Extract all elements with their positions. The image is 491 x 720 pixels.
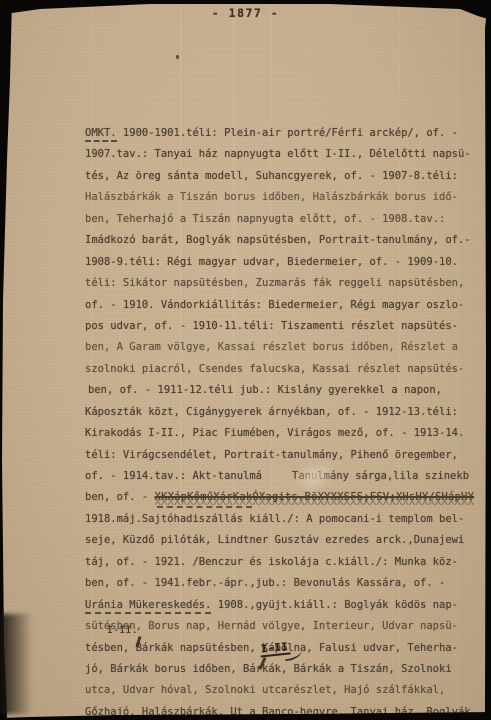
scanned-document-page: - 1877 - OMKT. 1900-1901.téli: Plein-air…: [0, 0, 491, 720]
text-line: ben, Teherhajó a Tiszán napnyugta előtt,…: [85, 209, 481, 230]
underlined-text: OMKT.: [85, 127, 117, 142]
text-line: ben, of. - 1941.febr.-ápr.,jub.: Bevonul…: [85, 573, 481, 594]
text-segment: téli: Sikátor napsütésben, Zuzmarás fák …: [85, 277, 464, 289]
text-line: táj, of. - 1921. /Benczur és iskolája c.…: [85, 552, 481, 573]
text-segment: szolnoki piacról, Csendes falucska, Kass…: [85, 363, 464, 375]
text-segment: téli: Virágcsendélet, Portrait-tanulmány…: [85, 449, 458, 461]
text-segment: seje, Küzdő pilóták, Lindtner Gusztáv ez…: [85, 534, 464, 546]
text-line: téli: Virágcsendélet, Portrait-tanulmány…: [85, 445, 481, 466]
scan-shadow-bottom-left: [0, 614, 32, 714]
text-line: ben, of. - XKXápKőműXárKakÓXagits.BöXYXX…: [85, 487, 481, 508]
text-line: 1918.máj.Sajtóhadiszállás kiáll./: A pom…: [85, 509, 481, 530]
text-line: szolnoki piacról, Csendes falucska, Kass…: [85, 359, 481, 380]
text-line: of. - 1910. Vándorkiállitás: Biedermeier…: [85, 295, 481, 316]
text-line: jó, Bárkák borus időben, Bárkák, Bárkák …: [85, 659, 481, 680]
text-line: seje, Küzdő pilóták, Lindtner Gusztáv ez…: [85, 530, 481, 551]
ink-speck: [176, 55, 179, 59]
text-line: 1908-9.téli: Régi magyar udvar, Biederme…: [85, 252, 481, 273]
text-line: ben, A Garam völgye, Kassai részlet boru…: [85, 337, 481, 358]
text-segment: Imádkozó barát, Boglyák napsütésben, Por…: [85, 234, 471, 246]
text-line: Káposzták közt, Cigánygyerek árnyékban, …: [85, 402, 481, 423]
text-segment: táj, of. - 1921. /Benczur és iskolája c.…: [85, 556, 458, 568]
text-segment: jó, Bárkák borus időben, Bárkák, Bárkák …: [85, 663, 452, 675]
text-line: utca, Udvar hóval, Szolnoki utcarészlet,…: [85, 680, 481, 701]
text-segment: of. - 1910. Vándorkiállitás: Biedermeier…: [85, 299, 464, 311]
text-segment: ben, of. - 1911-12.téli jub.: Kislány gy…: [88, 384, 442, 396]
text-line: 1907.tav.: Tanyai ház napnyugta előtt I-…: [85, 144, 481, 165]
text-line: Uránia Mükereskedés. 1908.,gyüjt.kiáll.:…: [85, 595, 481, 616]
text-line: of. - 1914.tav.: Akt-tanulmáTanulmány sá…: [85, 466, 481, 487]
text-segment: ben, Teherhajó a Tiszán napnyugta előtt,…: [85, 213, 445, 225]
text-line: Kirakodás I-II., Piac Fiumében, Virágos …: [85, 423, 481, 444]
text-segment: 1908-9.téli: Régi magyar udvar, Biederme…: [85, 256, 458, 268]
page-number: - 1877 -: [0, 6, 491, 20]
text-segment: sütésben, Borus nap, Hernád völgye, Inte…: [85, 620, 458, 632]
text-line: OMKT. 1900-1901.téli: Plein-air portré/F…: [85, 123, 481, 144]
text-line: Halászbárkák a Tiszán borus időben, Halá…: [85, 187, 481, 208]
text-line: pos udvar, of. - 1910-11.téli: Tiszament…: [85, 316, 481, 337]
text-line: Imádkozó barát, Boglyák napsütésben, Por…: [85, 230, 481, 251]
text-segment: 1907.tav.: Tanyai ház napnyugta előtt I-…: [85, 148, 471, 160]
text-segment: of. - 1914.tav.: Akt-tanulmá: [85, 470, 262, 482]
text-segment: Káposzták közt, Cigánygyerek árnyékban, …: [85, 406, 458, 418]
text-line: tés, Az öreg sánta modell, Suhancgyerek,…: [85, 166, 481, 187]
typed-insert-mark: I-II.: [107, 625, 138, 636]
text-segment: ben, of. -: [85, 491, 155, 503]
text-segment: Halászbárkák a Tiszán borus időben, Halá…: [85, 191, 458, 203]
text-segment: ben, of. - 1941.febr.-ápr.,jub.: Bevonul…: [85, 577, 445, 589]
text-segment: 1900-1901.téli: Plein-air portré/Férfi a…: [117, 127, 458, 139]
text-segment: tés, Az öreg sánta modell, Suhancgyerek,…: [85, 170, 458, 182]
text-segment: pos udvar, of. - 1910-11.téli: Tiszament…: [85, 320, 458, 332]
text-segment: 1918.máj.Sajtóhadiszállás kiáll./: A pom…: [85, 513, 464, 525]
underlined-text: Uránia Mükereskedés.: [85, 599, 211, 614]
text-segment: Kirakodás I-II., Piac Fiumében, Virágos …: [85, 427, 464, 439]
text-segment: utca, Udvar hóval, Szolnoki utcarészlet,…: [85, 684, 445, 696]
text-segment: ben, A Garam völgye, Kassai részlet boru…: [85, 341, 458, 353]
text-line: sütésben, Borus nap, Hernád völgye, Inte…: [85, 616, 481, 637]
text-line: ben, of. - 1911-12.téli jub.: Kislány gy…: [85, 380, 481, 401]
text-line: téli: Sikátor napsütésben, Zuzmarás fák …: [85, 273, 481, 294]
text-segment: 1908.,gyüjt.kiáll.: Boglyák ködös nap-: [211, 599, 458, 611]
typewritten-text: OMKT. 1900-1901.téli: Plein-air portré/F…: [85, 123, 481, 720]
